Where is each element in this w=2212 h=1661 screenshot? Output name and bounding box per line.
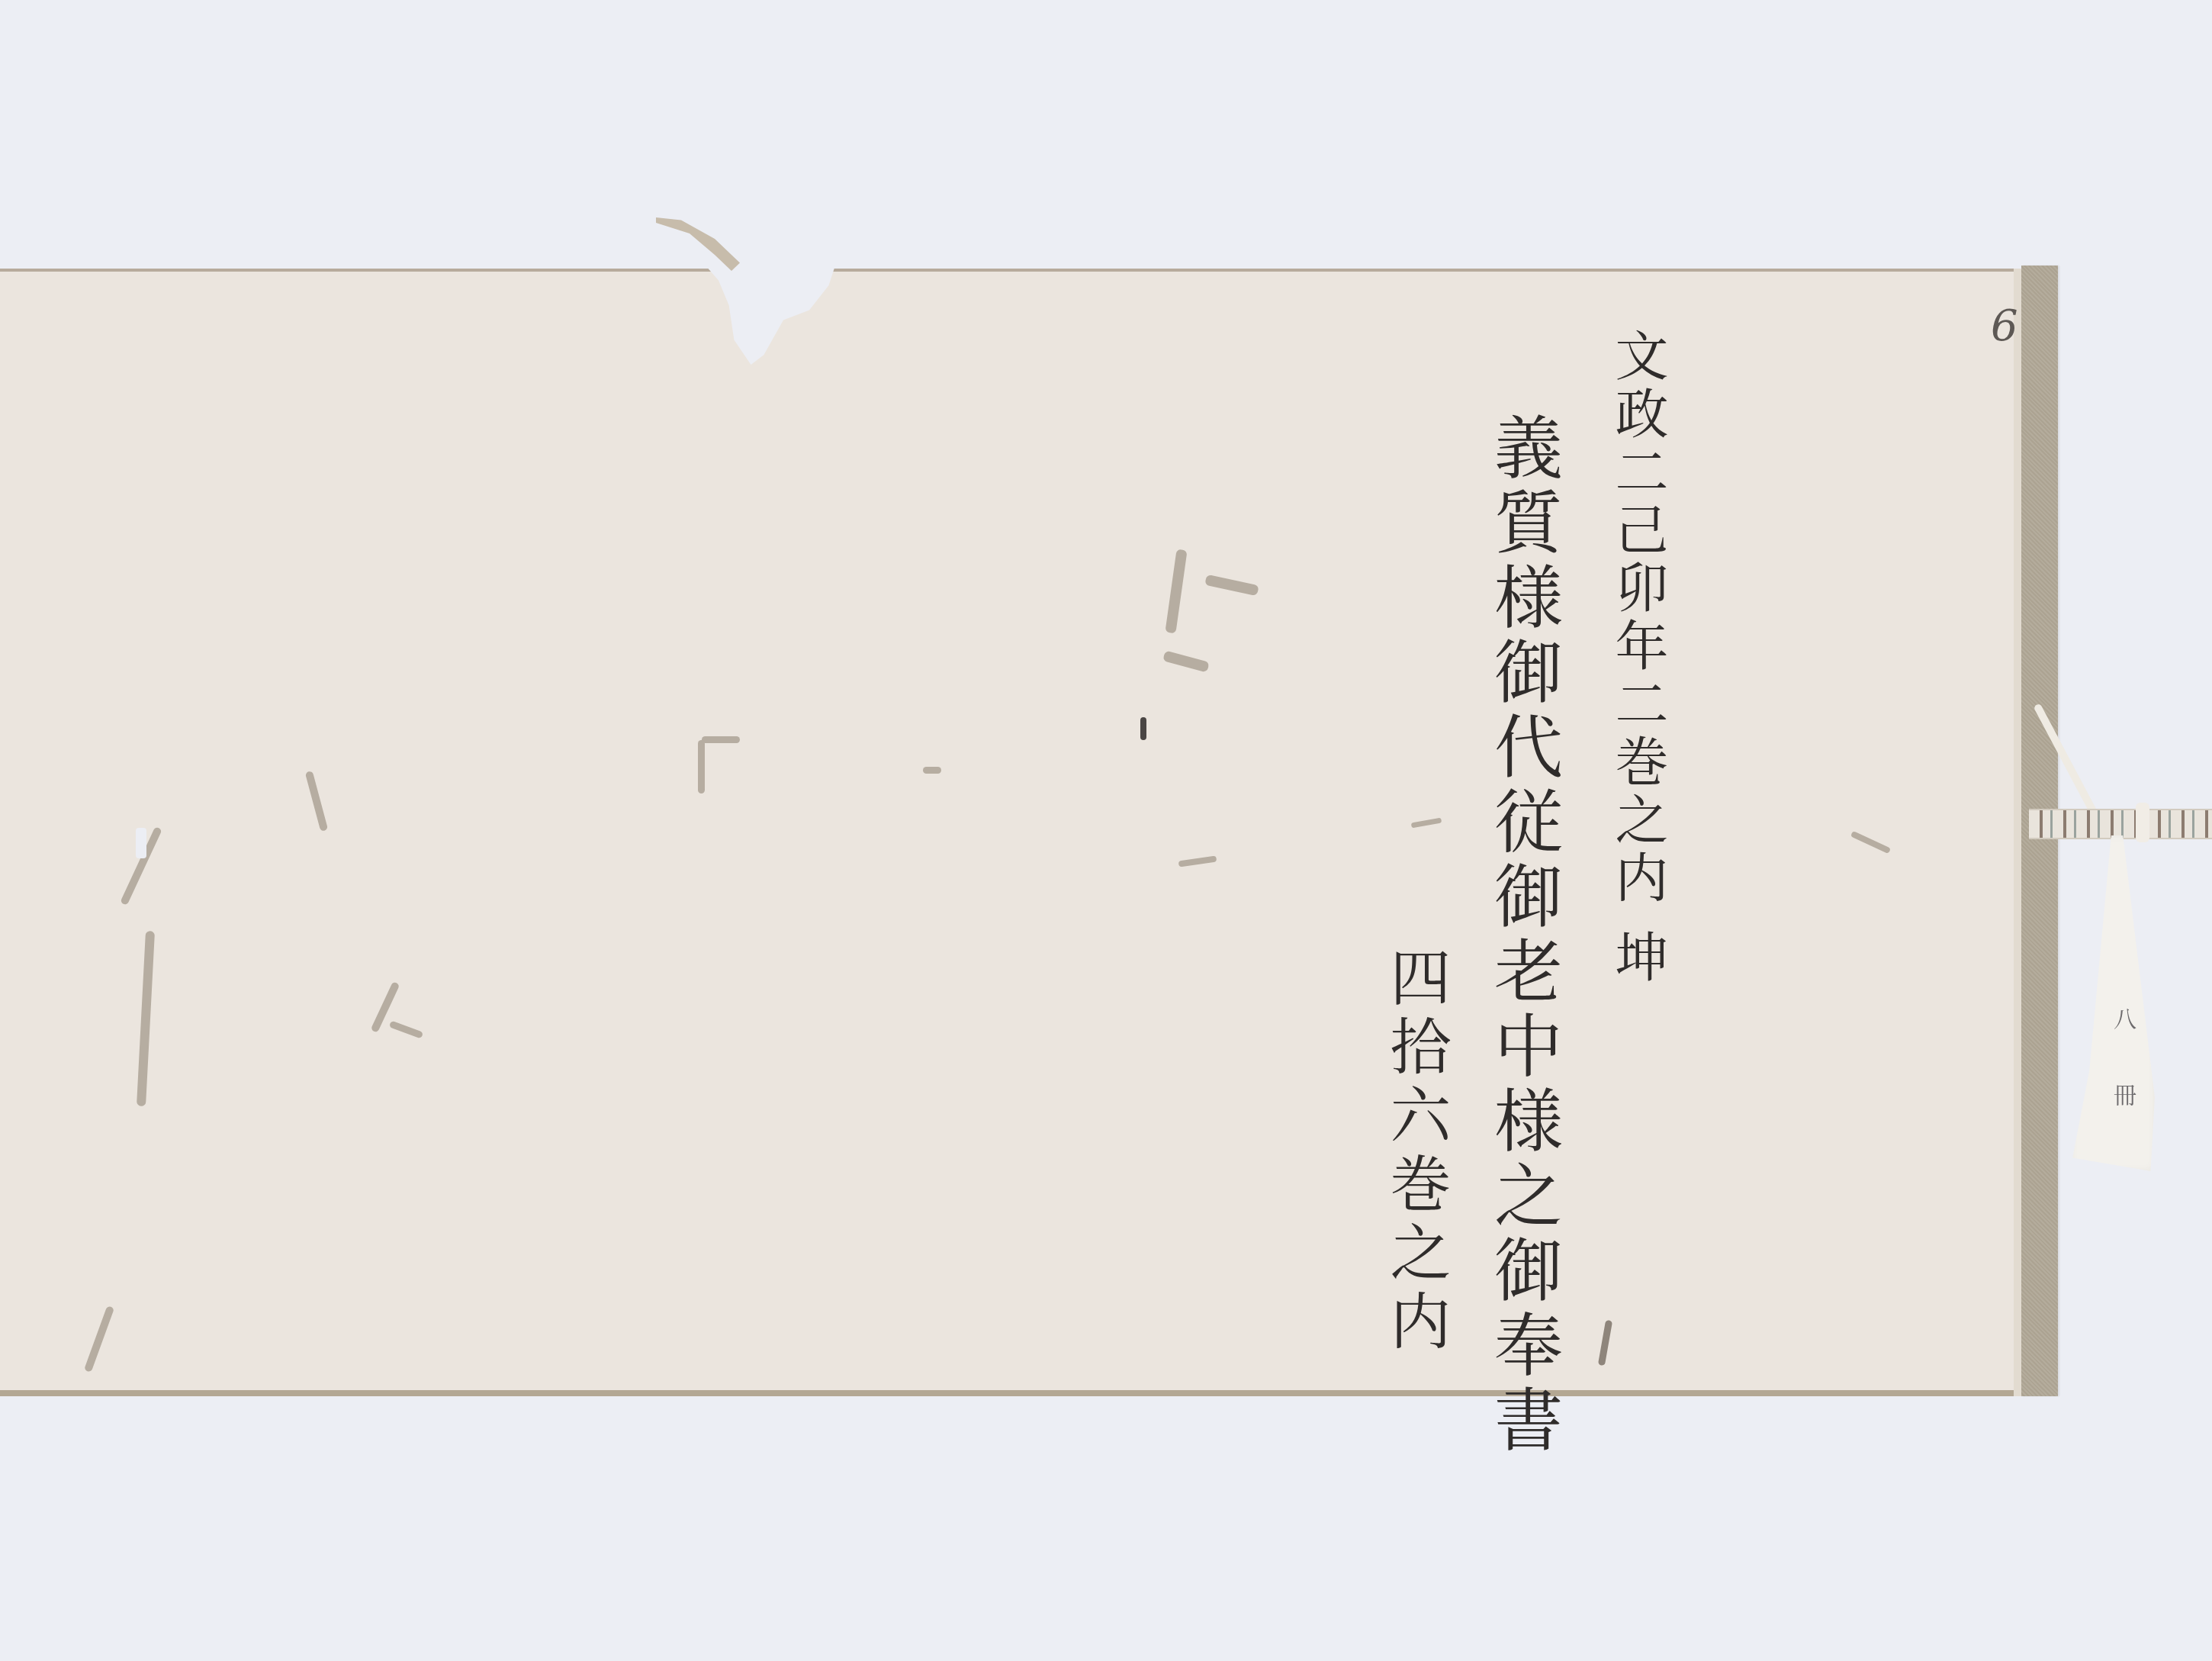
torn-paper-flap bbox=[656, 217, 740, 271]
wormhole-trail bbox=[923, 767, 941, 774]
binding-cord bbox=[2029, 809, 2212, 839]
cord-knot bbox=[2136, 803, 2149, 842]
tag-label: 八 冊 bbox=[2105, 1007, 2139, 1129]
wormhole bbox=[136, 828, 146, 858]
wormhole-trail bbox=[698, 740, 705, 793]
wormhole-trail bbox=[1140, 717, 1146, 740]
wormhole-trail bbox=[702, 736, 740, 743]
date-line-text: 文政二己卯年二巻之内 坤 bbox=[1611, 328, 1664, 987]
volume-note-text: 四拾六巻之内 bbox=[1384, 946, 1445, 1358]
scroll-paper bbox=[0, 269, 2021, 1396]
title-text: 義質様御代従御老中様之御奉書 bbox=[1487, 412, 1556, 1459]
sheet-number: 6 bbox=[1991, 301, 2018, 351]
paper-edge bbox=[2014, 269, 2021, 1396]
